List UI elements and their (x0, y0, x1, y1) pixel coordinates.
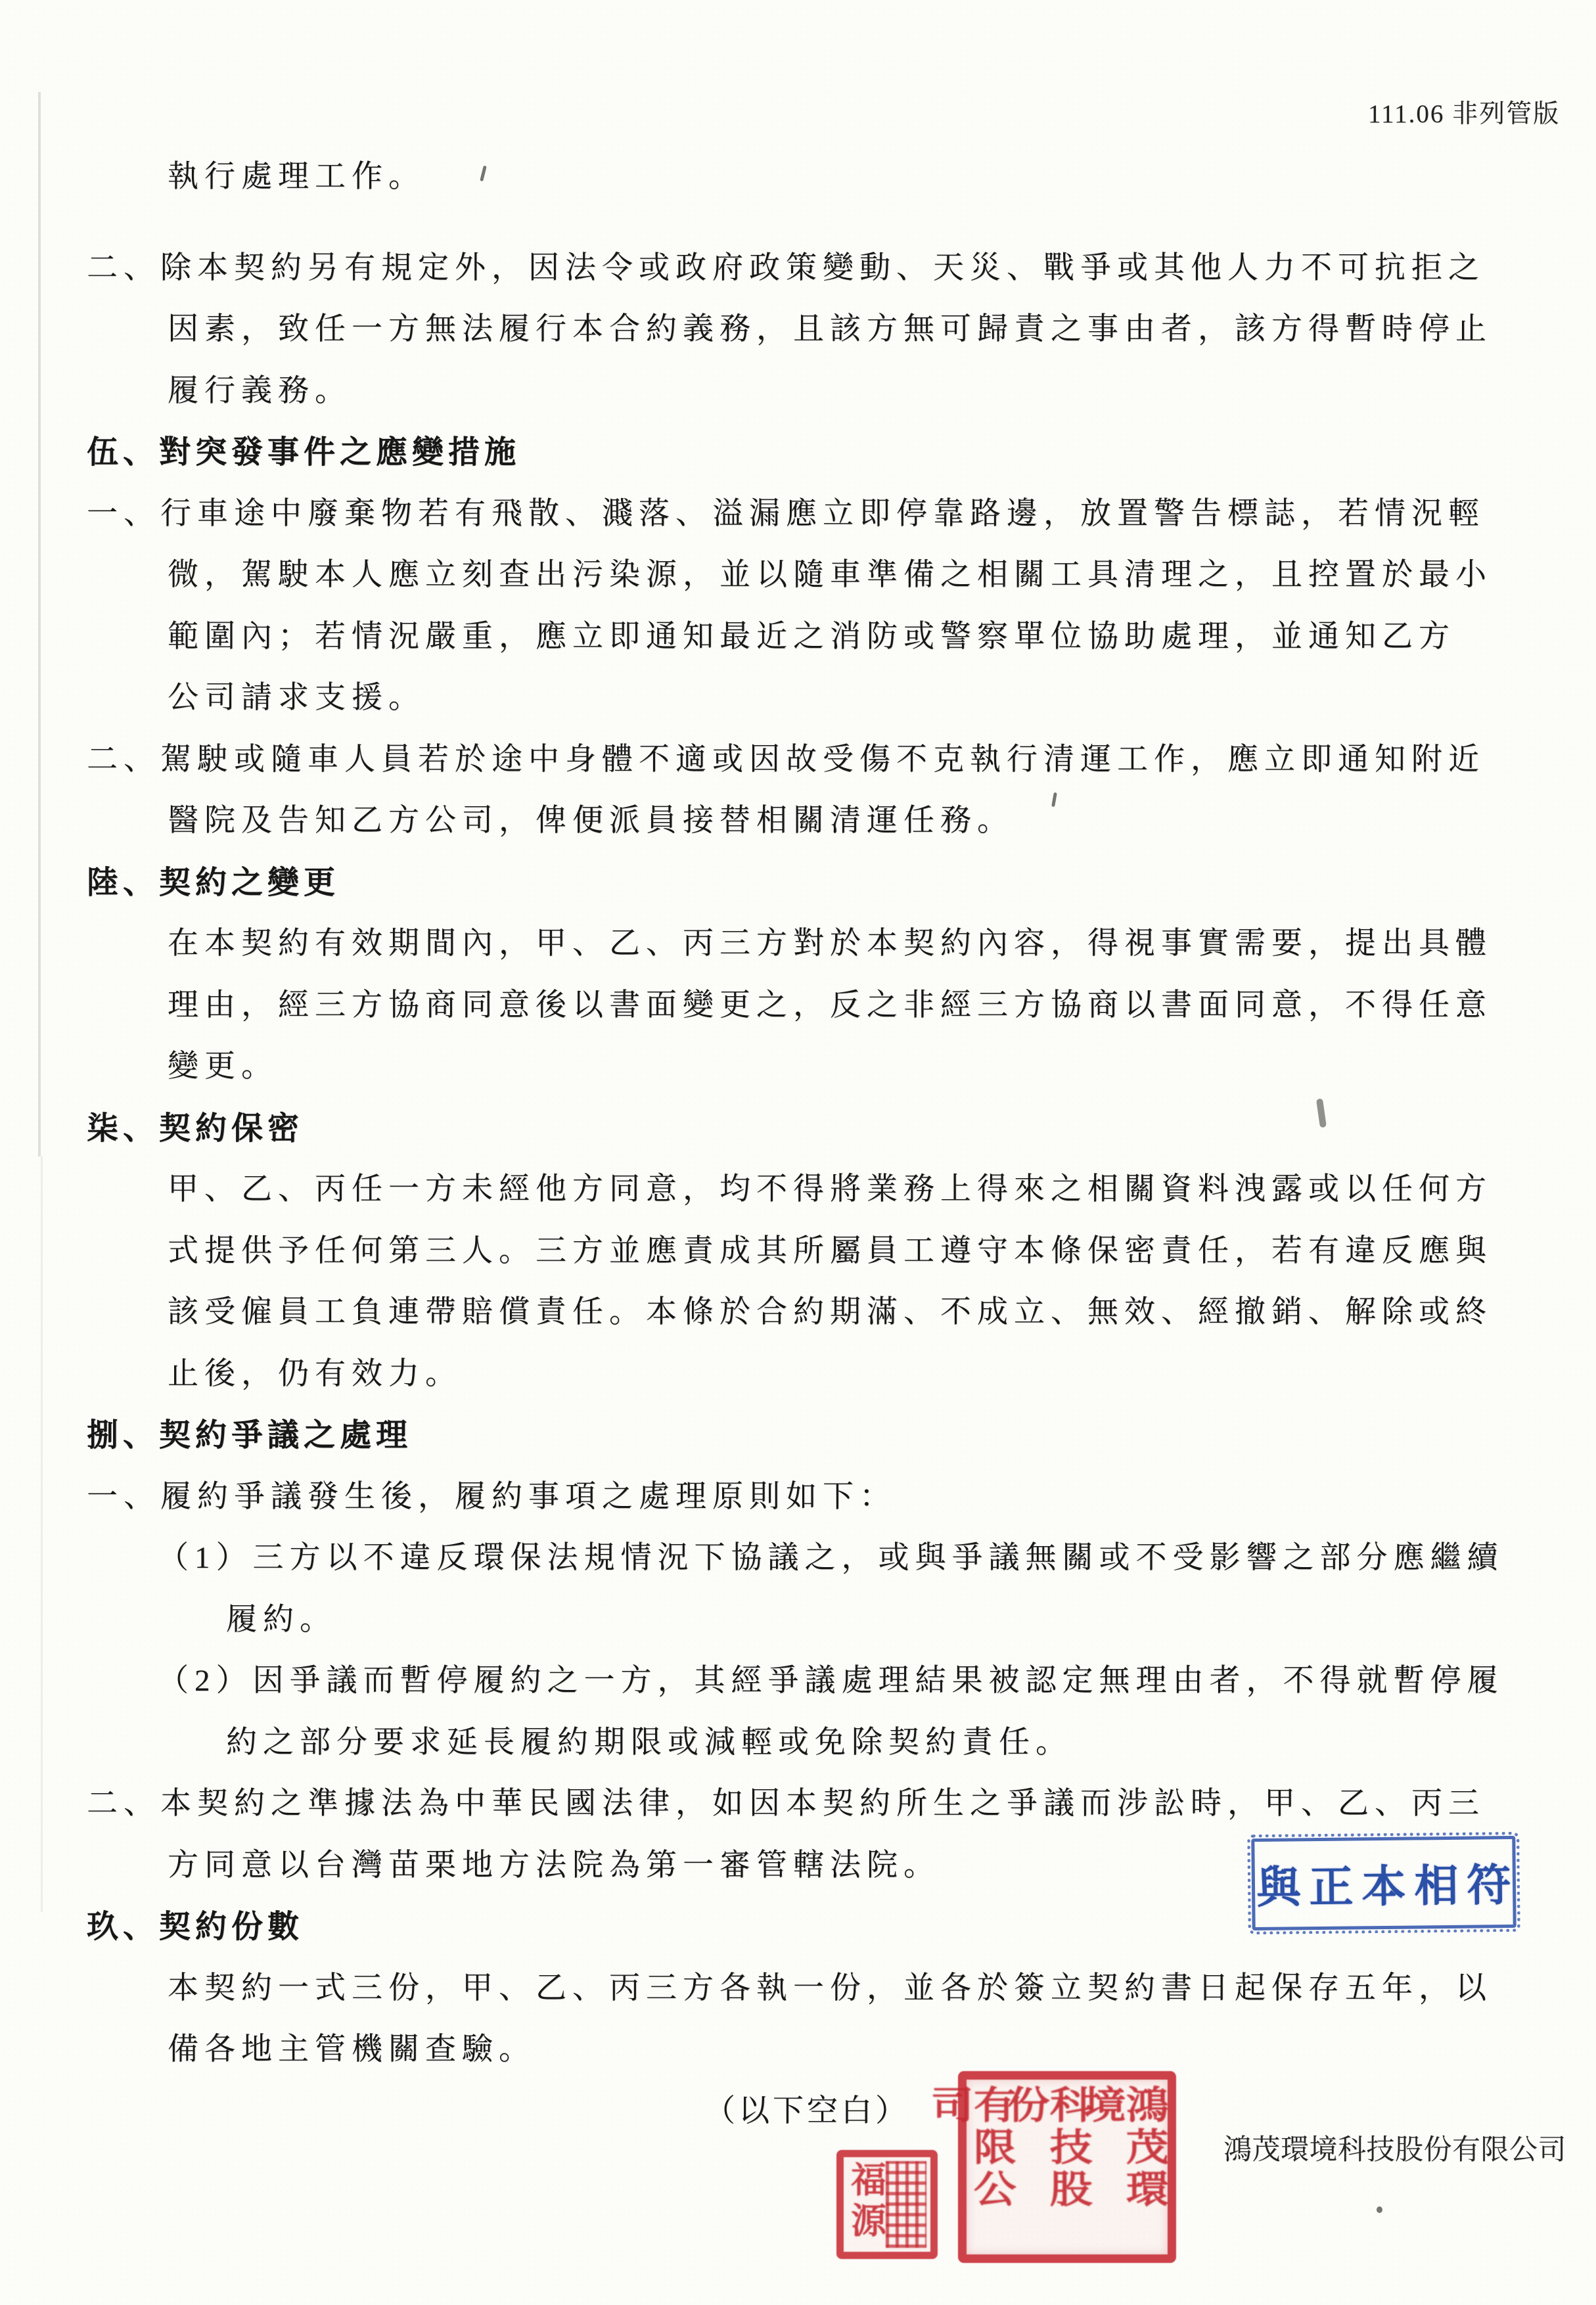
verification-stamp-text: 與正本相符 (1248, 1850, 1520, 1916)
doc-line: 二、本契約之準據法為中華民國法律，如因本契約所生之爭議而涉訟時，甲、乙、丙三 (87, 1773, 1559, 1835)
doc-line: 甲、乙、丙任一方未經他方同意，均不得將業務上得來之相關資料洩露或以任何方 (87, 1159, 1559, 1221)
doc-line: 一、履約爭議發生後，履約事項之處理原則如下： (87, 1467, 1559, 1528)
doc-line: 因素，致任一方無法履行本合約義務，且該方無可歸責之事由者，該方得暫時停止 (87, 299, 1559, 361)
scanned-contract-page: { "page": { "header_note": "111.06 非列管版"… (0, 0, 1596, 2305)
doc-line: 微，駕駛本人應立刻查出污染源，並以隨車準備之相關工具清理之，且控置於最小 (87, 545, 1559, 606)
verification-stamp: 與正本相符 (1251, 1836, 1516, 1930)
company-seal-characters: 鴻茂環境科技股份有限公司 (967, 2080, 1168, 2254)
version-note: 111.06 非列管版 (1368, 93, 1560, 130)
name-seal-stamp: 福源 (836, 2150, 938, 2259)
doc-line: 變更。 (87, 1036, 1559, 1098)
ink-speck (1377, 2206, 1382, 2213)
doc-line: 醫院及告知乙方公司，俾便派員接替相關清運任務。 (87, 790, 1559, 852)
doc-line: （1）三方以不違反環保法規情況下協議之，或與爭議無關或不受影響之部分應繼續 (87, 1528, 1559, 1589)
doc-line: 範圍內；若情況嚴重，應立即通知最近之消防或警察單位協助處理，並通知乙方 (87, 606, 1559, 668)
name-seal-characters: 福源 (848, 2161, 883, 2248)
section-heading: 柒、契約保密 (87, 1098, 1559, 1160)
doc-line: 執行處理工作。 (87, 147, 1559, 208)
seal-column: 科技股份 (1003, 2085, 1088, 2249)
doc-line: 本契約一式三份，甲、乙、丙三方各執一份，並各於簽立契約書日起保存五年，以 (87, 1958, 1559, 2020)
doc-line: 式提供予任何第三人。三方並應責成其所屬員工遵守本條保密責任，若有違反應與 (87, 1221, 1559, 1283)
seal-column: 有限公司 (926, 2085, 1012, 2249)
doc-line: 二、除本契約另有規定外，因法令或政府政策變動、天災、戰爭或其他人力不可抗拒之 (87, 238, 1559, 300)
doc-line: 該受僱員工負連帶賠償責任。本條於合約期滿、不成立、無效、經撤銷、解除或終 (87, 1282, 1559, 1344)
section-heading: 伍、對突發事件之應變措施 (87, 422, 1559, 484)
scanner-edge-artifact (38, 92, 41, 1156)
doc-line: 一、行車途中廢棄物若有飛散、濺落、溢漏應立即停靠路邊，放置警告標誌，若情況輕 (87, 484, 1559, 545)
doc-line: 約之部分要求延長履約期限或減輕或免除契約責任。 (87, 1712, 1559, 1774)
doc-line: 備各地主管機關查驗。 (87, 2019, 1559, 2081)
scanner-edge-artifact (41, 1156, 43, 1912)
doc-line: 履約。 (87, 1589, 1559, 1651)
doc-line: 二、駕駛或隨車人員若於途中身體不適或因故受傷不克執行清運工作，應立即通知附近 (87, 729, 1559, 791)
section-heading: 捌、契約爭議之處理 (87, 1405, 1559, 1467)
section-heading: 陸、契約之變更 (87, 852, 1559, 914)
seal-script-glyph (886, 2161, 926, 2248)
doc-line: 止後，仍有效力。 (87, 1344, 1559, 1405)
doc-line: 履行義務。 (87, 361, 1559, 422)
doc-line: 理由，經三方協商同意後以書面變更之，反之非經三方協商以書面同意，不得任意 (87, 975, 1559, 1037)
doc-line: 在本契約有效期間內，甲、乙、丙三方對於本契約內容，得視事實需要，提出具體 (87, 913, 1559, 975)
company-name: 鴻茂環境科技股份有限公司 (1223, 2128, 1566, 2168)
doc-line: 公司請求支援。 (87, 668, 1559, 729)
company-seal-stamp: 鴻茂環境科技股份有限公司 (958, 2071, 1176, 2263)
doc-line: （2）因爭議而暫停履約之一方，其經爭議處理結果被認定無理由者，不得就暫停履 (87, 1651, 1559, 1712)
seal-column: 鴻茂環境 (1079, 2085, 1164, 2249)
